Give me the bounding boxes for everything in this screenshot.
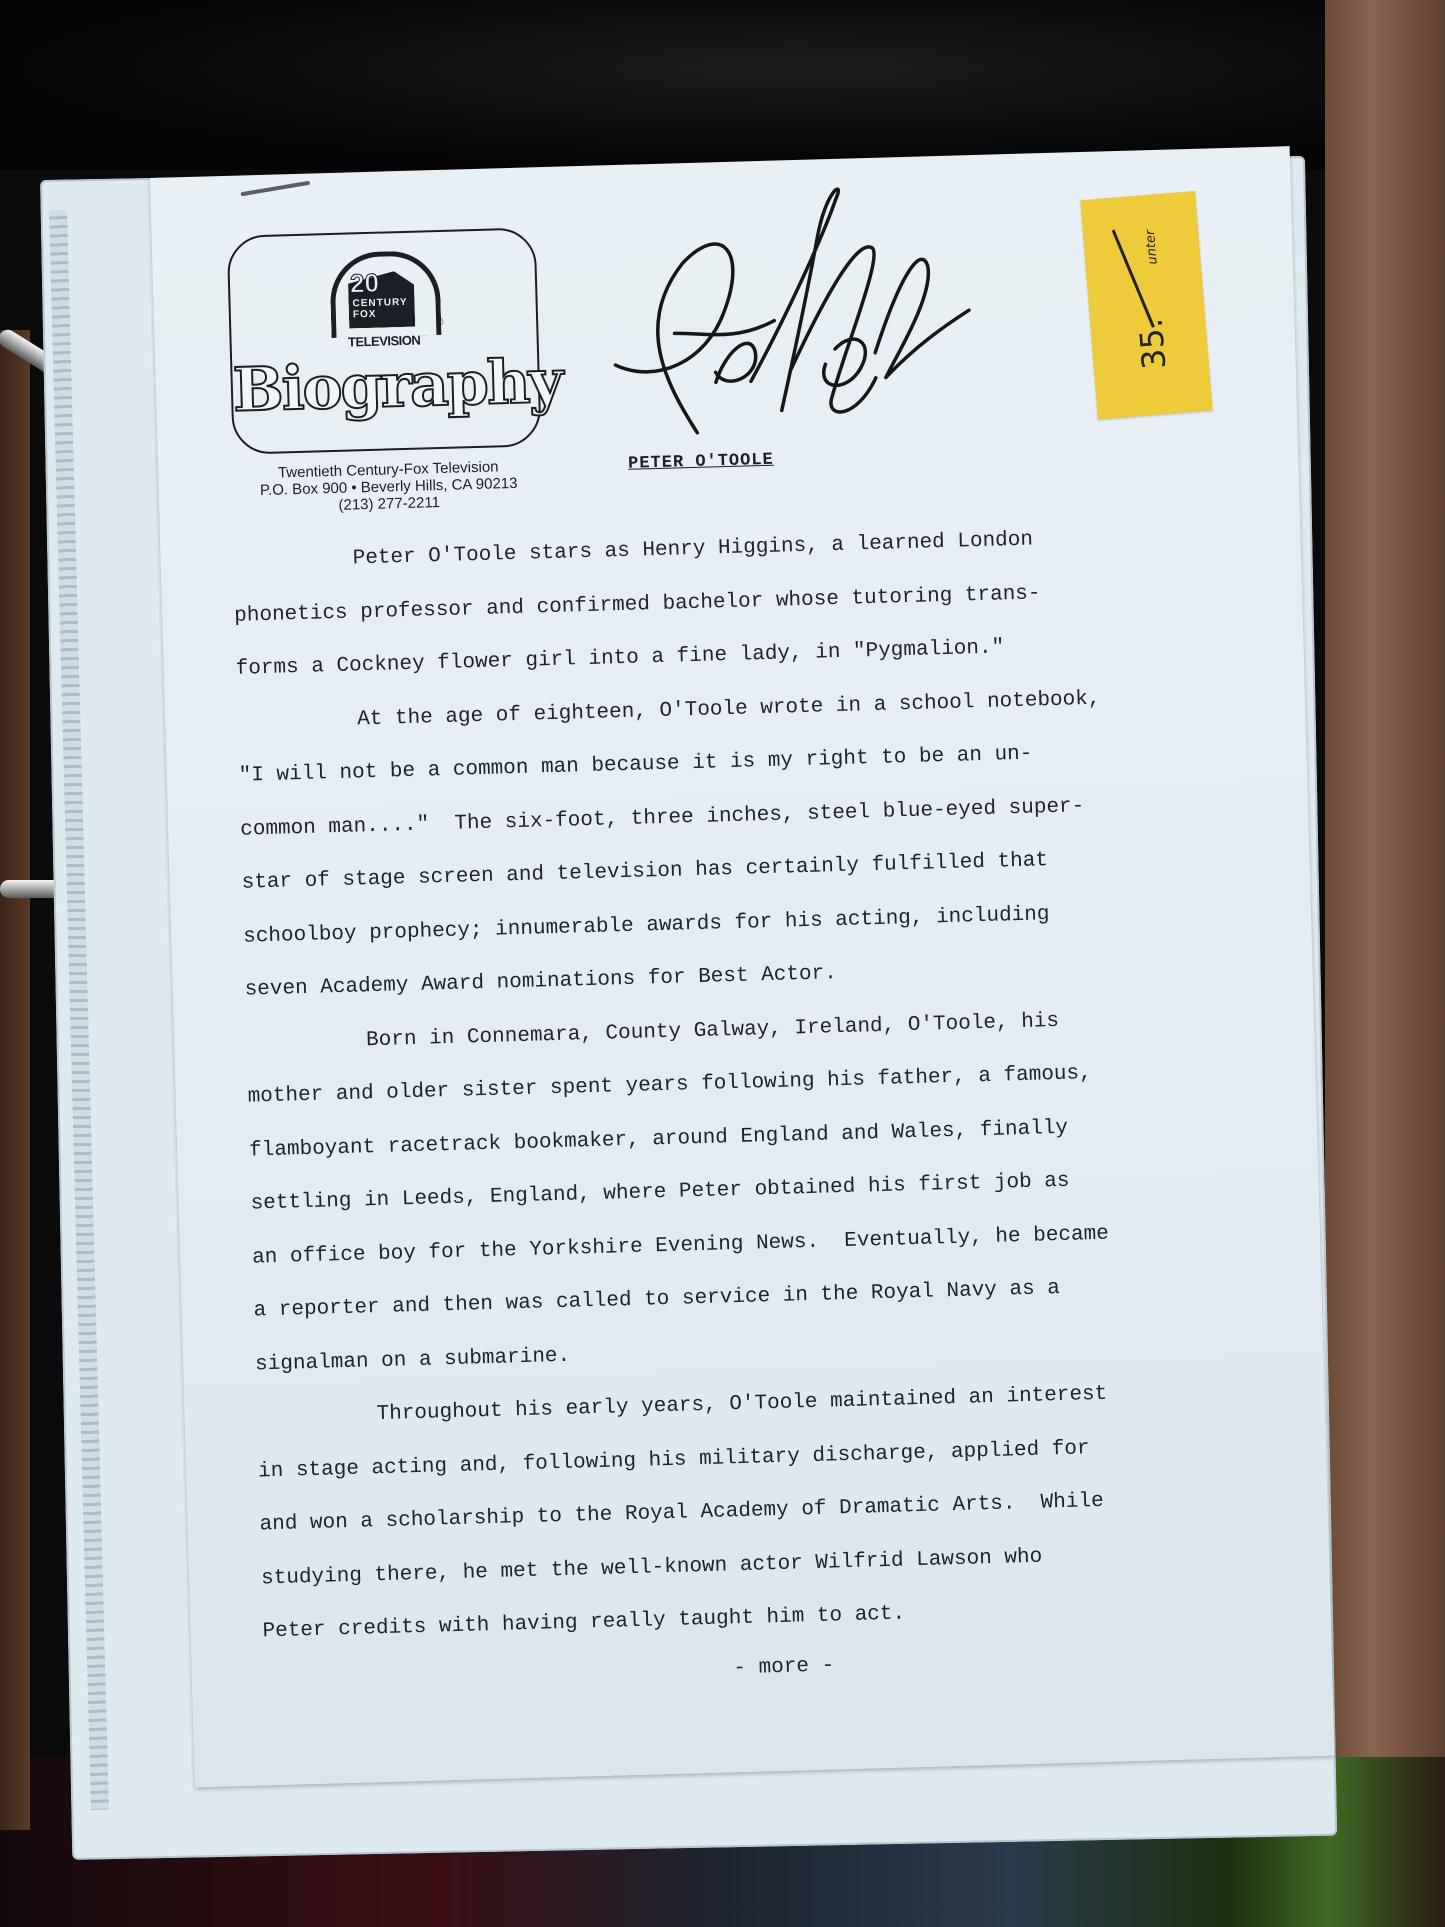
registered-mark: ® [436,317,444,328]
logo-numeral: 20 [350,268,380,300]
paragraph: Born in Connemara, County Galway, Irelan… [245,988,1295,1391]
paragraph: Peter O'Toole stars as Henry Higgins, a … [232,507,1276,696]
logo-text-fox: FOX [353,309,377,321]
logo-text-century: CENTURY [352,297,407,310]
paragraph: Throughout his early years, O'Toole main… [256,1362,1303,1658]
biography-body: Peter O'Toole stars as Henry Higgins, a … [232,507,1303,1659]
staple-icon [240,181,310,197]
sticker-price: 35. [1132,317,1174,371]
document-subject: PETER O'TOOLE [628,451,774,474]
binder-spine [0,330,30,1830]
paragraph: At the age of eighteen, O'Toole wrote in… [237,667,1286,1017]
studio-logo: 20 CENTURY FOX ® TELEVISION Biography [227,227,542,455]
sticker-note: unter [1143,229,1161,265]
dark-background [0,0,1330,170]
wood-surface [1325,0,1445,1927]
price-sticker: 35. unter [1080,191,1212,420]
studio-address: Twentieth Century-Fox Television P.O. Bo… [198,456,579,518]
logo-wordmark: CENTURY FOX [352,297,408,321]
biography-page: 20 CENTURY FOX ® TELEVISION Biography Tw… [150,146,1335,1787]
doc-type-heading: Biography [232,347,539,425]
autograph-signature [570,175,977,446]
